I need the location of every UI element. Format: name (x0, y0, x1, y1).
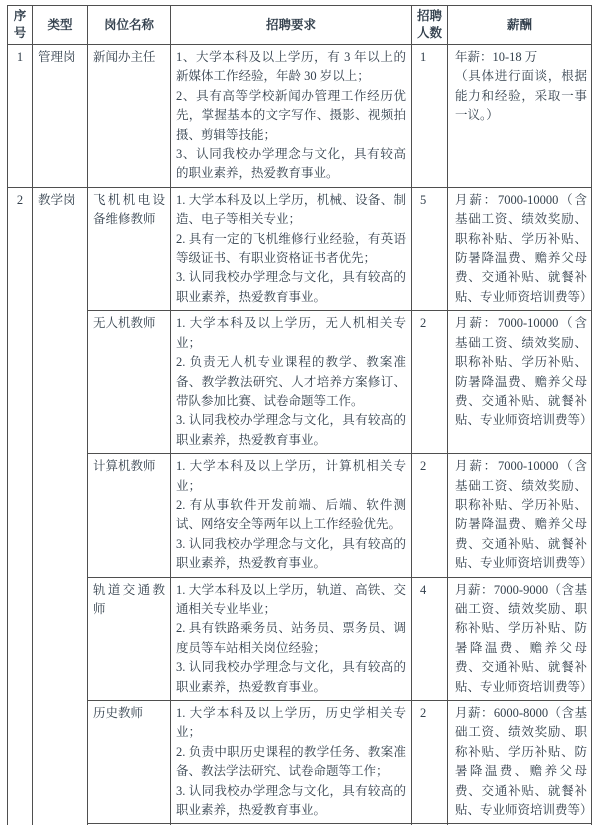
cell-position: 无人机教师 (88, 311, 171, 454)
cell-position: 飞机机电设备维修教师 (88, 187, 171, 310)
table-row: 轨道交通教师 1. 大学本科及以上学历，轨道、高铁、交通相关专业毕业； 2. 具… (8, 577, 592, 700)
cell-salary: 月薪：7000-9000（含基础工资、绩效奖励、职称补贴、学历补贴、防暑降温费、… (448, 577, 592, 700)
cell-requirements: 1、大学本科及以上学历，有 3 年以上的新媒体工作经验，年龄 30 岁以上； 2… (171, 45, 412, 188)
cell-type: 管理岗 (33, 45, 88, 188)
table-row: 计算机教师 1. 大学本科及以上学历，计算机相关专业； 2. 有从事软件开发前端… (8, 454, 592, 577)
header-row: 序号 类型 岗位名称 招聘要求 招聘人数 薪酬 (8, 6, 592, 45)
column-header-salary: 薪酬 (448, 6, 592, 45)
column-header-requirements: 招聘要求 (171, 6, 412, 45)
table-row: 1 管理岗 新闻办主任 1、大学本科及以上学历，有 3 年以上的新媒体工作经验，… (8, 45, 592, 188)
column-header-no: 序号 (8, 6, 33, 45)
table-row: 2 教学岗 飞机机电设备维修教师 1. 大学本科及以上学历，机械、设备、制造、电… (8, 187, 592, 310)
cell-position: 新闻办主任 (88, 45, 171, 188)
column-header-count: 招聘人数 (412, 6, 448, 45)
cell-salary: 月薪：7000-10000（含基础工资、绩效奖励、职称补贴、学历补贴、防暑降温费… (448, 311, 592, 454)
cell-requirements: 1. 大学本科及以上学历，轨道、高铁、交通相关专业毕业； 2. 具有铁路乘务员、… (171, 577, 412, 700)
document-page: 序号 类型 岗位名称 招聘要求 招聘人数 薪酬 1 管理岗 新闻办主任 1、大学… (0, 0, 597, 825)
cell-count: 4 (412, 577, 448, 700)
cell-count: 1 (412, 45, 448, 188)
cell-position: 历史教师 (88, 701, 171, 824)
cell-requirements: 1. 大学本科及以上学历，无人机相关专业； 2. 负责无人机专业课程的教学、教案… (171, 311, 412, 454)
cell-salary: 月薪：7000-10000（含基础工资、绩效奖励、职称补贴、学历补贴、防暑降温费… (448, 187, 592, 310)
cell-count: 2 (412, 701, 448, 824)
cell-requirements: 1. 大学本科及以上学历，历史学相关专业； 2. 负责中职历史课程的教学任务、教… (171, 701, 412, 824)
cell-count: 2 (412, 311, 448, 454)
cell-type: 教学岗 (33, 187, 88, 825)
column-header-position: 岗位名称 (88, 6, 171, 45)
cell-count: 2 (412, 454, 448, 577)
cell-position: 计算机教师 (88, 454, 171, 577)
cell-position: 轨道交通教师 (88, 577, 171, 700)
cell-requirements: 1. 大学本科及以上学历，计算机相关专业； 2. 有从事软件开发前端、后端、软件… (171, 454, 412, 577)
column-header-type: 类型 (33, 6, 88, 45)
cell-salary: 年薪：10-18 万 （具体进行面谈，根据能力和经验，采取一事一议。） (448, 45, 592, 188)
cell-count: 5 (412, 187, 448, 310)
cell-salary: 月薪：7000-10000（含基础工资、绩效奖励、职称补贴、学历补贴、防暑降温费… (448, 454, 592, 577)
cell-no: 2 (8, 187, 33, 825)
recruitment-table: 序号 类型 岗位名称 招聘要求 招聘人数 薪酬 1 管理岗 新闻办主任 1、大学… (7, 5, 592, 825)
cell-salary: 月薪：6000-8000（含基础工资、绩效奖励、职称补贴、学历补贴、防暑降温费、… (448, 701, 592, 824)
table-row: 无人机教师 1. 大学本科及以上学历，无人机相关专业； 2. 负责无人机专业课程… (8, 311, 592, 454)
cell-requirements: 1. 大学本科及以上学历，机械、设备、制造、电子等相关专业； 2. 具有一定的飞… (171, 187, 412, 310)
cell-no: 1 (8, 45, 33, 188)
table-row: 历史教师 1. 大学本科及以上学历，历史学相关专业； 2. 负责中职历史课程的教… (8, 701, 592, 824)
